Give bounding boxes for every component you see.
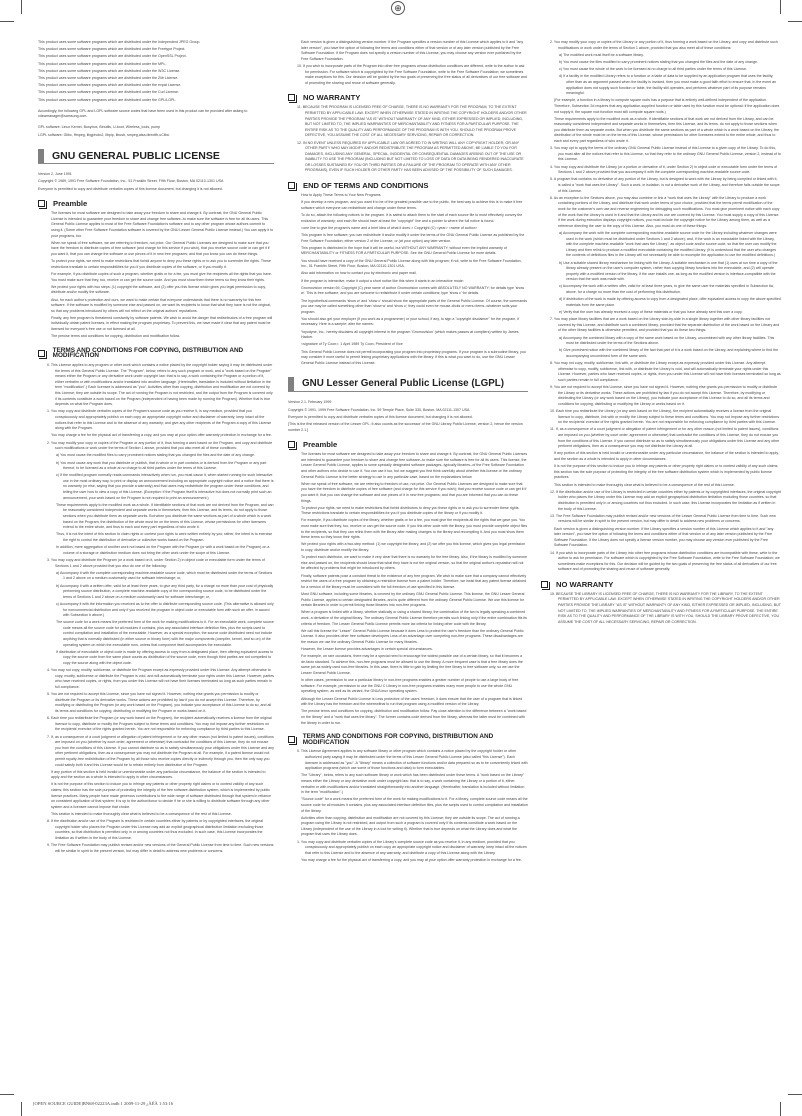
paragraph: This section is intended to make thoroug… [38, 812, 274, 818]
lgpl-terms-heading: TERMS AND CONDITIONS FOR COPYING, DISTRI… [288, 734, 528, 745]
gpl-heading: GNU GENERAL PUBLIC LICENSE [38, 148, 274, 164]
paragraph: These requirements apply to the modified… [38, 503, 274, 531]
paragraph: If the program is interactive, make it o… [301, 279, 528, 285]
paragraph: For example, if you distribute copies of… [301, 518, 528, 540]
term-item: 0. This License Agreement applies to any… [288, 749, 528, 771]
paragraph: You may charge a fee for the physical ac… [288, 858, 528, 864]
gpl-preamble: The licenses for most software are desig… [38, 211, 274, 340]
term-item: 7. You may place library facilities that… [541, 317, 781, 334]
section-title: Preamble [303, 442, 337, 448]
term-item: 0. This License applies to any program o… [38, 363, 274, 408]
paragraph: We call this license the "Lesser" Genera… [301, 629, 528, 646]
paragraph: <signature of Ty Coon>, 1 April 1989 Ty … [301, 342, 528, 348]
source-request-text: Accordingly, the following GPL and LGPL … [38, 109, 274, 120]
sub-item: a) Accompany the work with the complete … [541, 231, 781, 259]
paragraph: This General Public License does not per… [301, 350, 528, 367]
term-item: 11. BECAUSE THE PROGRAM IS LICENSED FREE… [288, 105, 528, 139]
checkbox-bullet-icon [38, 350, 45, 357]
sub-item: b) You must cause the files modified to … [541, 60, 781, 66]
paragraph: For example, on rare occasions, there ma… [301, 654, 528, 676]
paragraph: This program is distributed in the hope … [301, 246, 528, 257]
paragraph: However, the Lesser license provides adv… [301, 647, 528, 653]
notice-line: This product uses some software programs… [38, 62, 274, 68]
sub-item: b) Give prominent notice with the combin… [541, 348, 781, 359]
paragraph: It is not the purpose of this section to… [541, 464, 781, 481]
term-item: 3. You may opt to apply the terms of the… [541, 146, 781, 163]
paragraph: The "Library", below, refers to any such… [288, 773, 528, 795]
paragraph: The licenses for most software are desig… [301, 452, 528, 480]
paragraph: The source code for a work means the pre… [38, 620, 274, 648]
term-item: 2. You may modify your copy or copies of… [38, 441, 274, 452]
checkbox-bullet-icon [38, 200, 45, 207]
term-item: 4. You may not copy, modify, sublicense,… [38, 668, 274, 690]
paragraph: Although the Lesser General Public Licen… [301, 697, 528, 708]
term-item: 5. You are not required to accept this L… [38, 692, 274, 714]
term-item: 1. You may copy and distribute verbatim … [38, 409, 274, 431]
lgpl-version: Version 2.1, February 1999 [288, 400, 528, 406]
sub-item: b) Accompany it with a written offer, va… [38, 584, 274, 601]
gpl-copyright: Copyright © 1989, 1991 Free Software Fou… [38, 179, 274, 185]
lgpl-note: [This is the first released version of t… [288, 422, 528, 433]
term-item: 2. You may modify your copy or copies of… [541, 40, 781, 51]
lgpl-software-list: LGPL software: Glibc, ffmpeg, libgphoto2… [38, 133, 274, 139]
section-title: Preamble [53, 201, 87, 207]
sub-item: c) You must cause the whole of the work … [541, 67, 781, 73]
paragraph: Gnomovision version 69, Copyright (C) ye… [301, 286, 528, 297]
notice-line: This product uses some software programs… [38, 98, 274, 104]
paragraph: These requirements apply to the modified… [541, 117, 781, 145]
term-item: 12. If the distribution and/or use of th… [541, 490, 781, 512]
lgpl-copyright: Copyright © 1991, 1999 Free Software Fou… [288, 408, 528, 414]
paragraph: The licenses for most software are desig… [51, 211, 274, 239]
sub-item: a) Accompany the combined library with a… [541, 336, 781, 347]
checkbox-bullet-icon [288, 182, 295, 189]
paragraph: You may charge a fee for the physical ac… [38, 433, 274, 439]
column-2: Each version is given a distinguishing v… [288, 40, 528, 865]
sub-item: a) The modified work must itself be a so… [541, 53, 781, 59]
paragraph: When a program is linked with a library,… [301, 610, 528, 627]
term-item: 4. You may copy and distribute the Libra… [541, 165, 781, 176]
paragraph: Finally, any free program is threatened … [51, 316, 274, 333]
paragraph: How to Apply These Terms to Your New Pro… [301, 193, 528, 199]
term-item: 13. The Free Software Foundation may pub… [541, 514, 781, 525]
paragraph: We protect your rights with a two-step m… [301, 542, 528, 553]
paragraph: We protect your rights with two steps: (… [51, 285, 274, 296]
lgpl-no-warranty-heading: NO WARRANTY [541, 581, 781, 588]
heading-bar [288, 377, 294, 391]
term-item: 15. BECAUSE THE LIBRARY IS LICENSED FREE… [541, 592, 781, 626]
term-item: 8. If the distribution and/or use of the… [38, 819, 274, 841]
term-item: 1. You may copy and distribute verbatim … [288, 840, 528, 857]
paragraph: To do so, attach the following notices t… [301, 213, 528, 224]
term-item: 9. You are not required to accept this L… [541, 385, 781, 407]
notice-line: This product uses some software programs… [38, 76, 274, 82]
crop-mark-top-left-h [0, 21, 14, 22]
paragraph: If distribution of executable or object … [38, 650, 274, 667]
notice-line: This product uses some software programs… [38, 83, 274, 89]
gpl-everyone: Everyone is permitted to copy and distri… [38, 187, 274, 193]
paragraph: The hypothetical commands 'show w' and '… [301, 299, 528, 316]
paragraph: When we speak of free software, we are r… [51, 241, 274, 258]
term-item: 6. As an exception to the Sections above… [541, 196, 781, 230]
paragraph: Also add information on how to contact y… [301, 271, 528, 277]
notice-line: This product uses some software programs… [38, 54, 274, 60]
gpl-end-heading: END OF TERMS AND CONDITIONS [288, 182, 528, 189]
checkbox-bullet-icon [541, 581, 548, 588]
paragraph: Activities other than copying, distribut… [288, 816, 528, 838]
crop-mark-bottom-left-v [21, 1102, 22, 1116]
registration-mark-icon: ⊕ [391, 1, 405, 15]
sub-item: b) Use a suitable shared library mechani… [541, 261, 781, 283]
lgpl-preamble-heading: Preamble [288, 441, 528, 448]
gpl-preamble-heading: Preamble [38, 200, 274, 207]
crop-mark-bottom-right-v [780, 1102, 781, 1116]
gpl-version: Version 2, June 1991 [38, 172, 274, 178]
sub-item: c) Accompany it with the information you… [38, 602, 274, 619]
checkbox-bullet-icon [288, 94, 295, 101]
term-item: 10. If you wish to incorporate parts of … [288, 64, 528, 86]
sub-item: c) Accompany the work with a written off… [541, 284, 781, 295]
gpl-software-list: GPL software: Linux Kernel, Busybox, Bin… [38, 125, 274, 131]
crop-mark-top-right-h [788, 21, 802, 22]
paragraph: <one line to give the program's name and… [301, 226, 528, 232]
print-slug: [OPEN SOURCE GUIDE]BN68-02223A.indb 1 20… [33, 1101, 173, 1106]
gpl-title: GNU GENERAL PUBLIC LICENSE [52, 149, 220, 163]
paragraph: You should have received a copy of the G… [301, 259, 528, 270]
sub-item: c) If the modified program normally read… [38, 473, 274, 501]
heading-bar [38, 149, 44, 163]
checkbox-bullet-icon [288, 736, 295, 743]
term-item: 8. You may not copy, modify, sublicense,… [541, 361, 781, 383]
paragraph: Each version is given a distinguishing v… [541, 527, 781, 549]
paragraph: Also, for each author's protection and o… [51, 298, 274, 315]
paragraph: You should also get your employer (if yo… [301, 317, 528, 328]
product-notices: This product uses some software programs… [38, 40, 274, 103]
term-item: 3. You may copy and distribute the Progr… [38, 558, 274, 569]
sub-item: a) You must cause the modified files to … [38, 453, 274, 459]
section-title: END OF TERMS AND CONDITIONS [303, 183, 428, 189]
crop-mark-top-right-v [780, 0, 781, 14]
crop-mark-bottom-left-h [0, 1094, 14, 1095]
term-item: 14. If you wish to incorporate parts of … [541, 551, 781, 573]
term-item: 12. IN NO EVENT UNLESS REQUIRED BY APPLI… [288, 141, 528, 175]
notice-line: This product uses some software programs… [38, 40, 274, 46]
paragraph: The precise terms and conditions for cop… [301, 709, 528, 726]
term-item: 6. Each time you redistribute the Progra… [38, 716, 274, 733]
how-to-apply: How to Apply These Terms to Your New Pro… [288, 193, 528, 366]
column-1: This product uses some software programs… [38, 40, 274, 856]
paragraph: In addition, mere aggregation of another… [38, 545, 274, 556]
paragraph: To protect your rights, we need to make … [301, 506, 528, 517]
paragraph: This program is free software; you can r… [301, 233, 528, 244]
crop-mark-top-left-v [21, 0, 22, 14]
paragraph: If any portion of this section is held i… [541, 451, 781, 462]
column-3: 2. You may modify your copy or copies of… [541, 40, 781, 627]
section-title: TERMS AND CONDITIONS FOR COPYING, DISTRI… [53, 348, 274, 359]
paragraph: To protect your rights, we need to make … [51, 259, 274, 270]
notice-line: This product uses some software programs… [38, 69, 274, 75]
crop-mark-bottom-right-h [788, 1094, 802, 1095]
sub-item: d) If distribution of the work is made b… [541, 297, 781, 308]
term-item: 10. Each time you redistribute the Libra… [541, 409, 781, 426]
gpl-terms-heading: TERMS AND CONDITIONS FOR COPYING, DISTRI… [38, 348, 274, 359]
paragraph: Thus, it is not the intent of this secti… [38, 532, 274, 543]
sub-item: b) You must cause any work that you dist… [38, 461, 274, 472]
lgpl-everyone: Everyone is permitted to copy and distri… [288, 415, 528, 421]
section-title: NO WARRANTY [303, 95, 360, 101]
paragraph: "Source code" for a work means the prefe… [288, 797, 528, 814]
lgpl-preamble: The licenses for most software are desig… [288, 452, 528, 726]
paragraph: In other cases, permission to use a part… [301, 678, 528, 695]
paragraph: For example, if you distribute copies of… [51, 272, 274, 283]
gpl-terms: 0. This License applies to any program o… [38, 363, 274, 854]
term-item: 5. A program that contains no derivative… [541, 177, 781, 194]
checkbox-bullet-icon [288, 441, 295, 448]
paragraph: Most GNU software, including some librar… [301, 592, 528, 609]
notice-line: This product uses some software programs… [38, 90, 274, 96]
paragraph: The precise terms and conditions for cop… [51, 334, 274, 340]
term-item: 11. If, as a consequence of a court judg… [541, 427, 781, 449]
sub-item: a) Accompany it with the complete corres… [38, 571, 274, 582]
paragraph: To protect each distributor, we want to … [301, 555, 528, 572]
section-title: NO WARRANTY [556, 582, 613, 588]
paragraph: (For example, a function in a library to… [541, 98, 781, 115]
notice-line: This product uses some software programs… [38, 47, 274, 53]
paragraph: When we speak of free software, we are r… [301, 482, 528, 504]
lgpl-terms: 0. This License Agreement applies to any… [288, 749, 528, 863]
sub-item: d) If a facility in the modified Library… [541, 74, 781, 96]
gpl-no-warranty-heading: NO WARRANTY [288, 94, 528, 101]
paragraph: This section is intended to make thoroug… [541, 483, 781, 489]
paragraph: Yoyodyne, Inc., hereby disclaims all cop… [301, 330, 528, 341]
paragraph: If any portion of this section is held i… [38, 770, 274, 781]
paragraph: It is not the purpose of this section to… [38, 782, 274, 810]
sub-item: e) Verify that the user has already rece… [541, 310, 781, 316]
paragraph: Finally, software patents pose a constan… [301, 574, 528, 591]
term-item: 9. The Free Software Foundation may publ… [38, 843, 274, 854]
paragraph: Each version is given a distinguishing v… [288, 40, 528, 62]
lgpl-heading: GNU Lesser General Public License (LGPL) [288, 376, 528, 392]
term-item: 7. If, as a consequence of a court judgm… [38, 735, 274, 769]
paragraph: If you develop a new program, and you wa… [301, 200, 528, 211]
section-title: TERMS AND CONDITIONS FOR COPYING, DISTRI… [303, 734, 528, 745]
lgpl-title: GNU Lesser General Public License (LGPL) [302, 377, 504, 391]
